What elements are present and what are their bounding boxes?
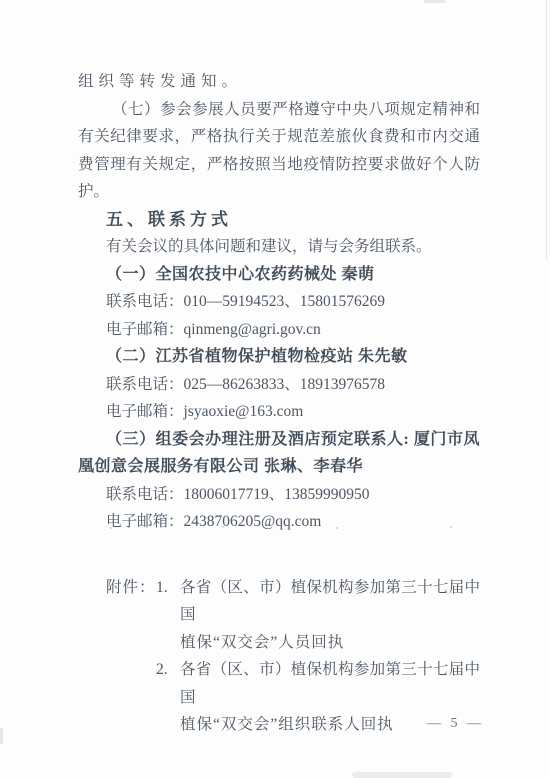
contact-email-line: 电子邮箱：jsyaoxie@163.com [78,398,480,426]
email-label: 电子邮箱： [106,321,184,338]
attachment-line-1: 各省（区、市）植保机构参加第三十七届中国 [180,574,480,629]
scan-artifact-right-edge [546,0,547,260]
attachments-list: 1. 各省（区、市）植保机构参加第三十七届中国 植保“双交会”人员回执 2. 各… [156,574,480,739]
section-heading-contact-info: 五、联系方式 [78,206,480,234]
phone-value: 18006017719、13859990950 [184,486,370,503]
contact-block-1: （一）全国农技中心农药药械处 秦萌 联系电话：010—59194523、1580… [78,261,480,344]
contact-phone-line: 联系电话：010—59194523、15801576269 [78,288,480,316]
email-label: 电子邮箱： [106,403,184,420]
phone-label: 联系电话： [106,293,184,310]
document-body: 组织等转发通知。 （七）参会参展人员要严格遵守中央八项规定精神和有关纪律要求，严… [78,68,480,739]
scan-artifact-left-edge [0,728,3,744]
phone-label: 联系电话： [106,486,184,503]
email-label: 电子邮箱： [106,513,184,530]
attachments-label: 附件： [106,574,156,602]
section-intro: 有关会议的具体问题和建议，请与会务组联系。 [78,233,480,261]
attachment-number: 2. [156,656,180,684]
paragraph-item-seven: （七）参会参展人员要严格遵守中央八项规定精神和有关纪律要求，严格执行关于规范差旅… [78,96,480,206]
phone-value: 010—59194523、15801576269 [184,293,386,310]
contact-heading: （三）组委会办理注册及酒店预定联系人: 厦门市凤凰创意会展服务有限公司 张琳、李… [78,426,480,481]
contact-heading: （一）全国农技中心农药药械处 秦萌 [78,261,480,289]
attachment-text: 各省（区、市）植保机构参加第三十七届中国 植保“双交会”人员回执 [180,574,480,657]
scan-artifact-top-right [424,0,446,3]
phone-value: 025—86263833、18913976578 [184,376,386,393]
page-number: — 5 — [427,716,484,732]
document-page: 组织等转发通知。 （七）参会参展人员要严格遵守中央八项规定精神和有关纪律要求，严… [0,0,550,778]
attachment-item-1: 1. 各省（区、市）植保机构参加第三十七届中国 植保“双交会”人员回执 [156,574,480,657]
contact-block-3: （三）组委会办理注册及酒店预定联系人: 厦门市凤凰创意会展服务有限公司 张琳、李… [78,426,480,536]
email-value: jsyaoxie@163.com [184,403,304,420]
attachment-line-2: 植保“双交会”人员回执 [180,629,480,657]
email-value: 2438706205@qq.com [184,513,322,530]
contact-heading: （二）江苏省植物保护植物检疫站 朱先敏 [78,343,480,371]
contact-email-line: 电子邮箱：2438706205@qq.com [78,508,480,536]
contact-block-2: （二）江苏省植物保护植物检疫站 朱先敏 联系电话：025—86263833、18… [78,343,480,426]
scan-artifact-bottom-smudge [352,772,452,778]
phone-label: 联系电话： [106,376,184,393]
contact-email-line: 电子邮箱：qinmeng@agri.gov.cn [78,316,480,344]
contact-phone-line: 联系电话：18006017719、13859990950 [78,481,480,509]
contact-phone-line: 联系电话：025—86263833、18913976578 [78,371,480,399]
email-value: qinmeng@agri.gov.cn [184,321,321,338]
paragraph-continuation: 组织等转发通知。 [78,68,480,96]
attachments-block: 附件： 1. 各省（区、市）植保机构参加第三十七届中国 植保“双交会”人员回执 … [106,574,480,739]
attachment-number: 1. [156,574,180,602]
attachment-line-1: 各省（区、市）植保机构参加第三十七届中国 [180,656,480,711]
